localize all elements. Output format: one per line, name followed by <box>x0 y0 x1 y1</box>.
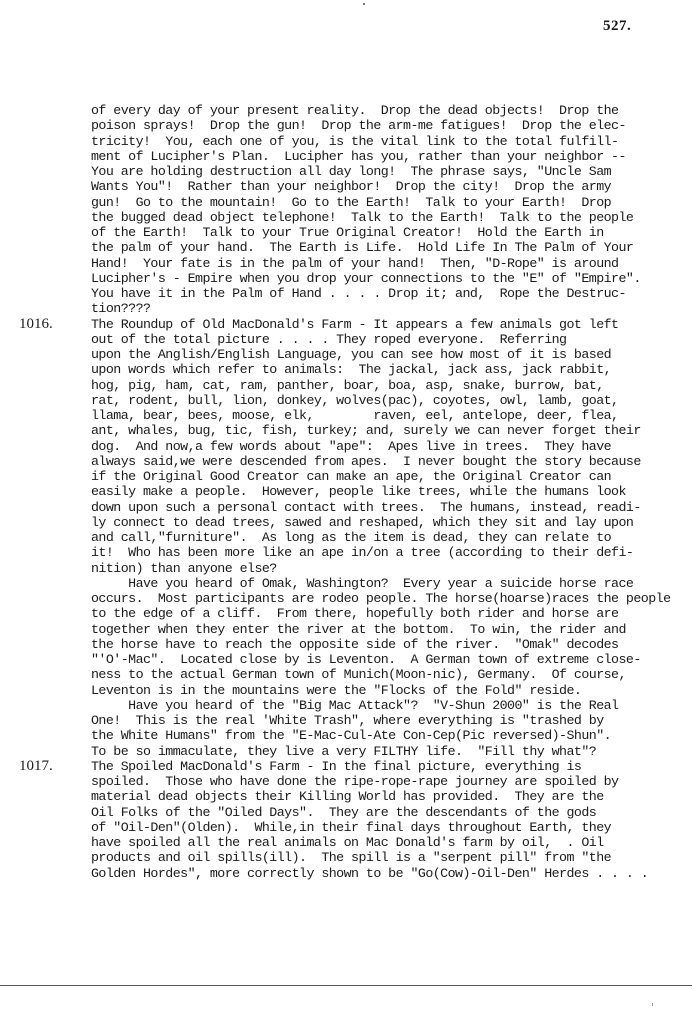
text-line: llama, bear, bees, moose, elk, raven, ee… <box>91 408 691 423</box>
text-line: out of the total picture . . . . They ro… <box>91 332 691 347</box>
text-line: Golden Hordes", more correctly shown to … <box>91 866 691 881</box>
line-text: One! This is the real 'White Trash", whe… <box>91 713 604 728</box>
line-text: "'O'-Mac". Located close by is Leventon.… <box>91 652 641 667</box>
line-text: spoiled. Those who have done the ripe-ro… <box>91 774 619 789</box>
text-line: always said,we were descended from apes.… <box>91 454 691 469</box>
text-line: You have it in the Palm of Hand . . . . … <box>91 286 691 301</box>
text-line: easily make a people. However, people li… <box>91 484 691 499</box>
line-text: together when they enter the river at th… <box>91 622 626 637</box>
line-text: You are holding destruction all day long… <box>91 164 611 179</box>
line-text: poison sprays! Drop the gun! Drop the ar… <box>91 118 626 133</box>
line-text: Leventon is in the mountains were the "F… <box>91 683 581 698</box>
line-text: nition) than anyone else? <box>91 561 277 576</box>
line-text: material dead objects their Killing Worl… <box>91 789 604 804</box>
scan-mark <box>652 1003 653 1006</box>
line-text: You have it in the Palm of Hand . . . . … <box>91 286 626 301</box>
line-text: the White Humans" from the "E-Mac-Cul-At… <box>91 728 611 743</box>
line-text: to the edge of a cliff. From there, hope… <box>91 606 619 621</box>
text-line: Wants You"! Rather than your neighbor! D… <box>91 179 691 194</box>
text-line: gun! Go to the mountain! Go to the Earth… <box>91 195 691 210</box>
text-line: Oil Folks of the "Oiled Days". They are … <box>91 805 691 820</box>
line-text: tricity! You, each one of you, is the vi… <box>91 134 619 149</box>
text-line: dog. And now,a few words about "ape": Ap… <box>91 439 691 454</box>
text-line: the White Humans" from the "E-Mac-Cul-At… <box>91 728 691 743</box>
text-line: ment of Lucipher's Plan. Lucipher has yo… <box>91 149 691 164</box>
text-line: to the edge of a cliff. From there, hope… <box>91 606 691 621</box>
text-line: nition) than anyone else? <box>91 561 691 576</box>
line-text: it! Who has been more like an ape in/on … <box>91 545 633 560</box>
line-text: ment of Lucipher's Plan. Lucipher has yo… <box>91 149 626 164</box>
text-line: it! Who has been more like an ape in/on … <box>91 545 691 560</box>
line-text: Wants You"! Rather than your neighbor! D… <box>91 179 611 194</box>
line-text: ly connect to dead trees, sawed and resh… <box>91 515 633 530</box>
line-text: ness to the actual German town of Munich… <box>91 667 626 682</box>
text-line: products and oil spills(ill). The spill … <box>91 850 691 865</box>
text-line: if the Original Good Creator can make an… <box>91 469 691 484</box>
text-line: down upon such a personal contact with t… <box>91 500 691 515</box>
line-text: ant, whales, bug, tic, fish, turkey; and… <box>91 423 641 438</box>
line-text: The Spoiled MacDonald's Farm - In the fi… <box>91 759 581 774</box>
line-text: hog, pig, ham, cat, ram, panther, boar, … <box>91 378 604 393</box>
line-text: tion???? <box>91 301 150 316</box>
text-line: and call,"furniture". As long as the ite… <box>91 530 691 545</box>
line-text: llama, bear, bees, moose, elk, raven, ee… <box>91 408 619 423</box>
scan-speck <box>363 3 365 5</box>
text-line: tricity! You, each one of you, is the vi… <box>91 134 691 149</box>
text-line: the palm of your hand. The Earth is Life… <box>91 240 691 255</box>
text-line: tion???? <box>91 301 691 316</box>
text-line: ness to the actual German town of Munich… <box>91 667 691 682</box>
line-text: the palm of your hand. The Earth is Life… <box>91 240 633 255</box>
line-text: upon words which refer to animals: The j… <box>91 362 611 377</box>
document-body: of every day of your present reality. Dr… <box>91 103 691 881</box>
line-text: dog. And now,a few words about "ape": Ap… <box>91 439 611 454</box>
line-text: the bugged dead object telephone! Talk t… <box>91 210 633 225</box>
text-line: rat, rodent, bull, lion, donkey, wolves(… <box>91 393 691 408</box>
text-line: Lucipher's - Empire when you drop your c… <box>91 271 691 286</box>
item-first-line: 1017.The Spoiled MacDonald's Farm - In t… <box>91 759 691 774</box>
text-line: Have you heard of the "Big Mac Attack"? … <box>91 698 691 713</box>
text-line: hog, pig, ham, cat, ram, panther, boar, … <box>91 378 691 393</box>
line-text: down upon such a personal contact with t… <box>91 500 641 515</box>
item-number: 1016. <box>19 317 53 332</box>
text-line: the bugged dead object telephone! Talk t… <box>91 210 691 225</box>
line-text: Have you heard of Omak, Washington? Ever… <box>91 576 633 591</box>
text-line: together when they enter the river at th… <box>91 622 691 637</box>
line-text: Hand! Your fate is in the palm of your h… <box>91 256 619 271</box>
text-line: Hand! Your fate is in the palm of your h… <box>91 256 691 271</box>
item-first-line: 1016.The Roundup of Old MacDonald's Farm… <box>91 317 691 332</box>
text-line: upon the Anglish/English Language, you c… <box>91 347 691 362</box>
text-line: You are holding destruction all day long… <box>91 164 691 179</box>
line-text: The Roundup of Old MacDonald's Farm - It… <box>91 317 619 332</box>
line-text: Have you heard of the "Big Mac Attack"? … <box>91 698 619 713</box>
line-text: To be so immaculate, they live a very FI… <box>91 744 596 759</box>
text-line: upon words which refer to animals: The j… <box>91 362 691 377</box>
text-line: To be so immaculate, they live a very FI… <box>91 744 691 759</box>
line-text: out of the total picture . . . . They ro… <box>91 332 566 347</box>
line-text: gun! Go to the mountain! Go to the Earth… <box>91 195 611 210</box>
text-line: One! This is the real 'White Trash", whe… <box>91 713 691 728</box>
line-text: if the Original Good Creator can make an… <box>91 469 611 484</box>
line-text: Oil Folks of the "Oiled Days". They are … <box>91 805 596 820</box>
line-text: Lucipher's - Empire when you drop your c… <box>91 271 641 286</box>
line-text: have spoiled all the real animals on Mac… <box>91 835 604 850</box>
text-line: Have you heard of Omak, Washington? Ever… <box>91 576 691 591</box>
line-text: Golden Hordes", more correctly shown to … <box>91 866 648 881</box>
text-line: material dead objects their Killing Worl… <box>91 789 691 804</box>
text-line: ly connect to dead trees, sawed and resh… <box>91 515 691 530</box>
text-line: occurs. Most participants are rodeo peop… <box>91 591 691 606</box>
page-number: 527. <box>603 18 631 35</box>
line-text: upon the Anglish/English Language, you c… <box>91 347 611 362</box>
text-line: ant, whales, bug, tic, fish, turkey; and… <box>91 423 691 438</box>
text-line: have spoiled all the real animals on Mac… <box>91 835 691 850</box>
line-text: of every day of your present reality. Dr… <box>91 103 619 118</box>
line-text: the horse have to reach the opposite sid… <box>91 637 619 652</box>
line-text: of the Earth! Talk to your True Original… <box>91 225 604 240</box>
item-number: 1017. <box>19 759 53 774</box>
text-line: of "Oil-Den"(Olden). While,in their fina… <box>91 820 691 835</box>
bottom-rule <box>0 985 692 986</box>
line-text: and call,"furniture". As long as the ite… <box>91 530 611 545</box>
line-text: of "Oil-Den"(Olden). While,in their fina… <box>91 820 611 835</box>
line-text: rat, rodent, bull, lion, donkey, wolves(… <box>91 393 619 408</box>
line-text: products and oil spills(ill). The spill … <box>91 850 611 865</box>
text-line: "'O'-Mac". Located close by is Leventon.… <box>91 652 691 667</box>
text-line: poison sprays! Drop the gun! Drop the ar… <box>91 118 691 133</box>
line-text: easily make a people. However, people li… <box>91 484 626 499</box>
text-line: of every day of your present reality. Dr… <box>91 103 691 118</box>
text-line: of the Earth! Talk to your True Original… <box>91 225 691 240</box>
text-line: Leventon is in the mountains were the "F… <box>91 683 691 698</box>
text-line: spoiled. Those who have done the ripe-ro… <box>91 774 691 789</box>
text-line: the horse have to reach the opposite sid… <box>91 637 691 652</box>
line-text: occurs. Most participants are rodeo peop… <box>91 591 671 606</box>
line-text: always said,we were descended from apes.… <box>91 454 641 469</box>
